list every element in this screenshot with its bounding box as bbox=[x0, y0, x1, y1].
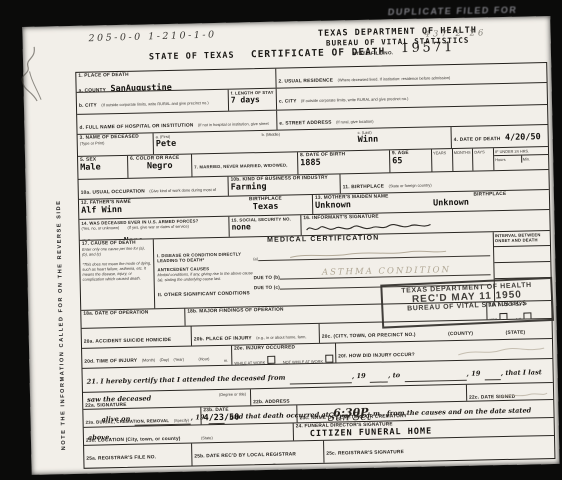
residence-city-label: c. CITY bbox=[279, 99, 297, 104]
accident-label: 20a. ACCIDENT SUICIDE HOMICIDE bbox=[84, 338, 171, 345]
name-last-cell: c. (Last) Winn bbox=[356, 127, 452, 150]
father-birthplace-cell: BIRTHPLACE Texas bbox=[219, 195, 313, 216]
injury-day-label: (Day) bbox=[159, 357, 169, 362]
injury-month-label: (Month) bbox=[142, 357, 156, 362]
place-city-note: (If outside corporate limits, write RURA… bbox=[101, 100, 208, 107]
ssn-value: none bbox=[231, 221, 298, 231]
days-col: DAYS bbox=[473, 148, 493, 170]
informant-signature bbox=[303, 219, 433, 234]
sex-cell: 5. SEX Male bbox=[78, 156, 128, 179]
physician-address-label: 22b. ADDRESS bbox=[253, 399, 290, 405]
registrar-date-handwritten: 4-22 50 bbox=[202, 459, 322, 466]
registrar-file-label: 25a. REGISTRAR'S FILE NO. bbox=[86, 455, 156, 461]
father-value: Alf Winn bbox=[81, 203, 217, 216]
registrar-date-cell: 25b. DATE REC'D BY LOCAL REGISTRAR 4-22 … bbox=[192, 441, 324, 466]
due-to-b-label: DUE TO (b) bbox=[254, 275, 281, 281]
burial-type-cell: 23a. BURIAL, CREMATION, REMOVAL (Specify… bbox=[83, 407, 201, 426]
received-stamp: TEXAS DEPARTMENT OF HEALTH REC'D MAY 11 … bbox=[380, 277, 554, 329]
injury-occurred-cell: 20e. INJURY OCCURRED WHILE AT WORK NOT W… bbox=[232, 344, 336, 365]
birthplace-label: 11. BIRTHPLACE bbox=[343, 184, 385, 190]
date-signed-cell: 22c. DATE SIGNED bbox=[467, 383, 553, 401]
while-at-work-checkbox bbox=[267, 356, 275, 364]
operation-date-label: 18a. DATE OF OPERATION bbox=[83, 310, 182, 317]
antecedent-block: ANTECEDENT CAUSES Morbid conditions, if … bbox=[157, 265, 253, 282]
registrar-signature-cell: 25c. REGISTRAR'S SIGNATURE Maudy Armstro… bbox=[324, 436, 554, 463]
months-col: MONTHS bbox=[453, 149, 474, 171]
due-to-c-label: DUE TO (c) bbox=[254, 285, 280, 291]
time-of-injury-cell: 20d. TIME OF INJURY (Month) (Day) (Year)… bbox=[82, 346, 232, 368]
place-city-label: b. CITY bbox=[79, 103, 97, 108]
certificate-form: 1. PLACE OF DEATH a. COUNTY SanAugustine… bbox=[75, 62, 555, 469]
age-cell: 9. AGE 65 bbox=[390, 149, 432, 172]
mother-value: Unknown bbox=[315, 199, 429, 211]
certify-blank-1 bbox=[290, 375, 352, 384]
name-sub: (Type or Print) bbox=[80, 139, 151, 145]
while-at-work-label: WHILE AT WORK bbox=[234, 360, 265, 365]
certificate-paper: NOTE THE INFORMATION CALLED FOR ON THE R… bbox=[22, 16, 559, 475]
residence-city-note: (If outside corporate limits, write RURA… bbox=[301, 96, 408, 103]
burial-type-note: (Specify) bbox=[174, 418, 189, 423]
age-value: 65 bbox=[392, 156, 429, 167]
years-col: YEARS bbox=[432, 149, 453, 171]
pencil-scrawl-20f bbox=[456, 344, 546, 358]
state-of-texas: STATE OF TEXAS bbox=[149, 51, 235, 63]
under-24hrs-cell: IF UNDER 24 HRS. Hours Min. bbox=[494, 147, 548, 170]
race-value: Negro bbox=[130, 161, 189, 172]
occupation-cell: 10a. USUAL OCCUPATION (Give kind of work… bbox=[79, 177, 229, 199]
certify-y2: 19 bbox=[471, 369, 480, 377]
ssn-cell: 15. SOCIAL SECURITY NO. none bbox=[229, 215, 301, 237]
age-units-cell: YEARS MONTHS DAYS bbox=[432, 148, 494, 171]
dob-cell: 8. DATE OF BIRTH 1885 bbox=[298, 150, 390, 174]
burial-date-value: 4/23/50 bbox=[203, 411, 294, 423]
scanned-death-certificate: DUPLICATE FILED FOR NOTE THE INFORMATION… bbox=[0, 0, 562, 480]
armed-value1: no bbox=[82, 237, 92, 240]
pencil-scrawl-date-signed bbox=[499, 390, 549, 399]
registrar-signature-label: 25c. REGISTRAR'S SIGNATURE bbox=[326, 450, 404, 457]
registrar-date-label: 25b. DATE REC'D BY LOCAL REGISTRAR bbox=[194, 452, 296, 459]
mother-cell: 13. MOTHER'S MAIDEN NAME Unknown bbox=[313, 192, 431, 213]
marital-label: 7. MARRIED, NEVER MARRIED, WIDOWED, DIVO… bbox=[194, 162, 287, 176]
certify-p2: to bbox=[393, 371, 401, 379]
injury-county-label: (COUNTY) bbox=[448, 332, 473, 338]
length-of-stay-value: 7 days bbox=[231, 95, 274, 105]
dob-value: 1885 bbox=[300, 156, 387, 168]
middle-name-label: b. (Middle) bbox=[262, 130, 354, 137]
disease-leading-label: I. DISEASE OR CONDITION DIRECTLY LEADING… bbox=[157, 251, 253, 263]
name-first-cell: a. (First) Pete bbox=[154, 131, 260, 154]
hours-col: Hours bbox=[494, 156, 522, 164]
name-middle-cell: b. (Middle) bbox=[260, 129, 356, 152]
injury-state-label: (STATE) bbox=[506, 331, 526, 336]
injury-occurred-label: 20e. INJURY OCCURRED bbox=[234, 345, 333, 352]
place-city-cell: b. CITY (If outside corporate limits, wr… bbox=[77, 90, 229, 114]
father-cell: 12. FATHER'S NAME Alf Winn bbox=[79, 197, 219, 219]
first-name-value: Pete bbox=[156, 137, 258, 149]
certify-blank-y1 bbox=[370, 374, 388, 382]
time-of-injury-label: 20d. TIME OF INJURY bbox=[84, 359, 137, 365]
birthplace-note: (State or foreign country) bbox=[389, 182, 432, 188]
accident-cell: 20a. ACCIDENT SUICIDE HOMICIDE (Specify) bbox=[82, 327, 192, 348]
place-of-injury-cell: 20b. PLACE OF INJURY (e.g., in or about … bbox=[192, 324, 320, 346]
certify-blank-2 bbox=[405, 373, 467, 382]
burial-location-label: 23d. LOCATION (City, town, or county) bbox=[86, 437, 181, 444]
cause-of-death-note: Enter only one cause per line for (a), (… bbox=[82, 245, 151, 256]
business-value: Farming bbox=[231, 180, 338, 192]
antecedent-note: Morbid conditions, if any, giving rise t… bbox=[157, 270, 253, 282]
injury-m-label: m. bbox=[224, 358, 228, 363]
min-col: Min. bbox=[522, 155, 549, 163]
business-cell: 10b. KIND OF BUSINESS OR INDUSTRY Farmin… bbox=[228, 174, 340, 195]
occupation-label: 10a. USUAL OCCUPATION bbox=[81, 189, 145, 195]
injury-city-label: 20c. (CITY, TOWN, OR PRECINCT NO.) bbox=[322, 333, 416, 340]
duplicate-filed-stamp: DUPLICATE FILED FOR bbox=[387, 5, 517, 17]
injury-year-label: (Year) bbox=[173, 357, 184, 362]
reverse-side-note: NOTE THE INFORMATION CALLED FOR ON THE R… bbox=[53, 80, 67, 450]
cause-of-death-label-cell: 17. CAUSE OF DEATH Enter only one cause … bbox=[80, 239, 155, 310]
handwritten-code: 205-0-0 1-210-1-0 bbox=[88, 29, 216, 44]
mother-birthplace-cell: BIRTHPLACE Unknown bbox=[431, 190, 549, 211]
marital-cell: 7. MARRIED, NEVER MARRIED, WIDOWED, DIVO… bbox=[192, 152, 298, 176]
father-birthplace-value: Texas bbox=[221, 201, 310, 213]
burial-date-cell: 23b. DATE 4/23/50 bbox=[201, 405, 297, 424]
state-file-no-label: STATE FILE NO. bbox=[353, 50, 394, 56]
burial-type-label: 23a. BURIAL, CREMATION, REMOVAL bbox=[86, 418, 170, 425]
usual-residence-title: 2. USUAL RESIDENCE bbox=[278, 79, 333, 85]
other-conditions-label: II. OTHER SIGNIFICANT CONDITIONS bbox=[158, 290, 308, 298]
certify-p1: 21. I hereby certify that I attended the… bbox=[87, 374, 286, 386]
how-injury-label: 20f. HOW DID INJURY OCCUR? bbox=[338, 353, 415, 360]
physician-signature-label: 22a. SIGNATURE bbox=[85, 403, 126, 409]
due-to-b-pencil-value: ASTHMA CONDITION bbox=[322, 265, 451, 278]
interval-label: INTERVAL BETWEEN ONSET AND DEATH bbox=[494, 231, 550, 247]
burial-location-state-note: (State) bbox=[201, 435, 213, 440]
interval-line-1 bbox=[494, 246, 550, 263]
sex-value: Male bbox=[80, 162, 125, 173]
date-of-death-label: 4. DATE OF DEATH bbox=[454, 137, 501, 143]
last-name-value: Winn bbox=[358, 133, 449, 145]
not-while-at-work-checkbox bbox=[325, 354, 333, 362]
name-label-cell: 3. NAME OF DECEASED (Type or Print) bbox=[78, 133, 154, 156]
street-label: e. STREET ADDRESS bbox=[279, 121, 331, 127]
certify-y1: 19 bbox=[356, 372, 365, 380]
cause-footnote: *This does not mean the mode of dying, s… bbox=[82, 260, 151, 281]
state-file-no-value: 19571 bbox=[401, 40, 455, 56]
place-of-injury-label: 20b. PLACE OF INJURY bbox=[194, 336, 252, 342]
handwritten-index-numbers: 437 2 26 bbox=[424, 28, 486, 39]
date-of-death-value: 4/20/50 bbox=[505, 132, 541, 143]
cemetery-handwritten-value: Sun Set bbox=[327, 410, 371, 423]
street-note: (If rural, give location) bbox=[336, 119, 374, 125]
degree-title-note: (Degree or title) bbox=[219, 391, 246, 397]
date-of-death-cell: 4. DATE OF DEATH 4/20/50 bbox=[451, 125, 547, 148]
hospital-label: d. FULL NAME OF HOSPITAL OR INSTITUTION bbox=[79, 123, 193, 130]
operation-date-cell: 18a. DATE OF OPERATION bbox=[81, 309, 185, 328]
race-cell: 6. COLOR OR RACE Negro bbox=[128, 154, 192, 177]
certify-blank-y2 bbox=[485, 372, 501, 380]
injury-hour-label: (Hour) bbox=[198, 356, 209, 361]
usual-residence-note: (Where deceased lived. If institution: r… bbox=[338, 75, 451, 82]
mother-birthplace-value: Unknown bbox=[433, 196, 547, 208]
registrar-file-cell: 25a. REGISTRAR'S FILE NO. bbox=[84, 444, 192, 468]
armed-forces-cell: 14. WAS DECEASED EVER IN U.S. ARMED FORC… bbox=[79, 217, 229, 240]
length-of-stay-cell: f. LENGTH OF STAY 7 days bbox=[229, 89, 277, 111]
